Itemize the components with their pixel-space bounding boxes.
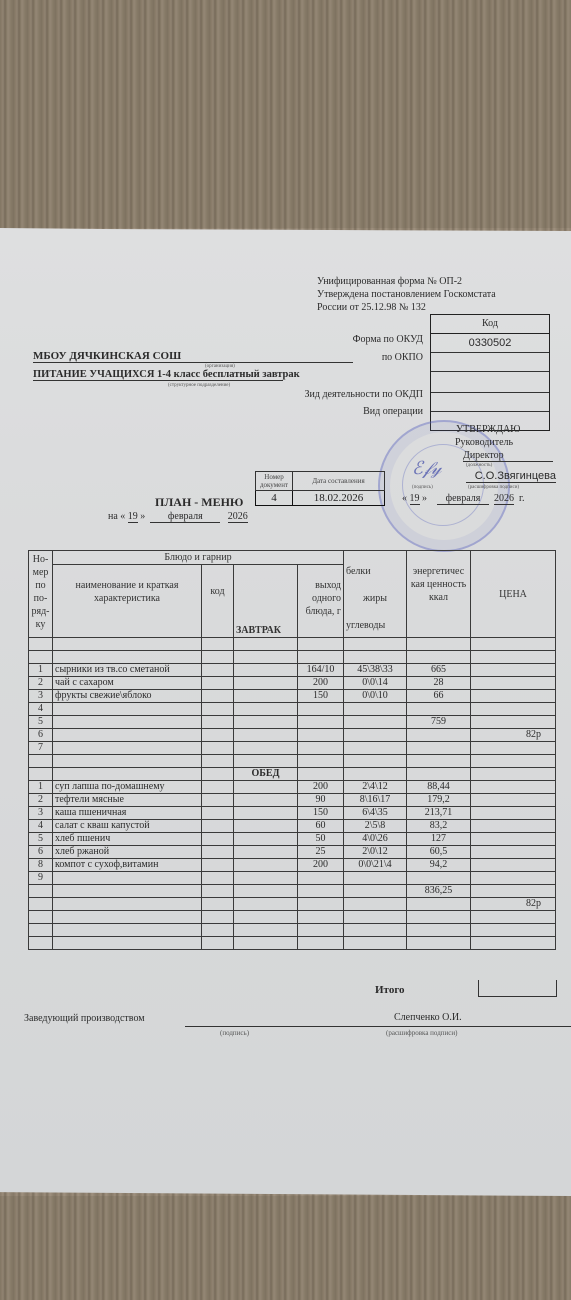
approve-year: 2026: [494, 493, 514, 505]
table-cell-empty: [53, 651, 202, 664]
header-pfc: белки жиры углеводы: [344, 551, 407, 638]
header-fat: жиры: [346, 592, 404, 605]
dish-pfc: [344, 924, 407, 937]
dish-price: [471, 859, 556, 872]
dish-pfc: 0\0\21\4: [344, 859, 407, 872]
table-cell-empty: [234, 651, 298, 664]
approve-position-caption: (должность): [466, 463, 492, 468]
table-cell-empty: [234, 755, 298, 768]
dish-name: каша пшеничная: [53, 807, 202, 820]
okud-value: 0330502: [431, 333, 549, 352]
dish-kcal: [407, 729, 471, 742]
dish-price: [471, 664, 556, 677]
dish-kcal: [407, 898, 471, 911]
table-cell-empty: [53, 768, 202, 781]
table-cell-empty: [407, 638, 471, 651]
dish-code: [202, 820, 234, 833]
dish-code: [202, 833, 234, 846]
dish-name: [53, 885, 202, 898]
table-row: 6хлеб ржаной252\0\1260,5: [29, 846, 556, 859]
dish-yield: 150: [298, 807, 344, 820]
dish-price: [471, 846, 556, 859]
table-cell-empty: [29, 638, 53, 651]
dish-name: [53, 898, 202, 911]
header-breakfast: ЗАВТРАК: [234, 565, 298, 638]
header-protein: белки: [346, 565, 404, 578]
dish-pfc: 6\4\35: [344, 807, 407, 820]
table-cell-empty: [202, 651, 234, 664]
dish-code: [202, 846, 234, 859]
menu-year: 2026: [228, 511, 248, 523]
dish-extra: [234, 807, 298, 820]
dish-name: [53, 729, 202, 742]
dish-code: [202, 872, 234, 885]
table-cell-empty: [53, 638, 202, 651]
approve-day: 19: [410, 493, 420, 505]
table-cell-empty: [298, 651, 344, 664]
dish-extra: [234, 937, 298, 950]
dish-kcal: 179,2: [407, 794, 471, 807]
row-number: 4: [29, 820, 53, 833]
dish-price: [471, 716, 556, 729]
header-price: ЦЕНА: [471, 551, 556, 638]
dish-pfc: 0\0\10: [344, 690, 407, 703]
dish-kcal: 213,71: [407, 807, 471, 820]
table-cell-empty: [234, 638, 298, 651]
approve-signature-caption: (подпись): [412, 485, 433, 490]
dish-price: [471, 677, 556, 690]
dish-price: [471, 807, 556, 820]
menu-table: Но-мер по по-ряд-ку Блюдо и гарнир белки…: [28, 550, 556, 950]
dish-yield: 200: [298, 859, 344, 872]
row-number: 6: [29, 729, 53, 742]
menu-month: февраля: [150, 511, 220, 523]
footer-role: Заведующий производством: [24, 1013, 145, 1024]
header-dish-group: Блюдо и гарнир: [53, 551, 344, 565]
menu-date: на « 19 » февраля 2026: [108, 511, 248, 523]
dish-name: [53, 716, 202, 729]
dish-extra: [234, 716, 298, 729]
dish-kcal: 127: [407, 833, 471, 846]
header-name: наименование и краткая характеристика: [53, 565, 202, 638]
table-row-empty: [29, 651, 556, 664]
dish-kcal: 94,2: [407, 859, 471, 872]
dish-extra: [234, 664, 298, 677]
table-cell-empty: [202, 638, 234, 651]
header-yield: выход одного блюда, г: [298, 565, 344, 638]
doc-date: 18.02.2026: [293, 491, 385, 506]
dish-price: [471, 833, 556, 846]
table-cell-empty: [344, 651, 407, 664]
dish-price: [471, 703, 556, 716]
dish-code: [202, 937, 234, 950]
form-line-3: России от 25.12.98 № 132: [317, 302, 426, 313]
dish-pfc: 45\38\33: [344, 664, 407, 677]
approve-role: Руководитель: [455, 437, 513, 448]
table-row: 1сырники из тв.со сметаной164/1045\38\33…: [29, 664, 556, 677]
doc-number: 4: [256, 491, 293, 506]
dish-pfc: [344, 703, 407, 716]
dish-kcal: [407, 911, 471, 924]
row-number: 7: [29, 742, 53, 755]
dish-yield: 150: [298, 690, 344, 703]
table-row: 3фрукты свежие\яблоко1500\0\1066: [29, 690, 556, 703]
dish-name: [53, 924, 202, 937]
table-cell-empty: [29, 651, 53, 664]
row-number: 9: [29, 872, 53, 885]
dish-extra: [234, 872, 298, 885]
dish-price: 82р: [471, 729, 556, 742]
row-number: [29, 911, 53, 924]
table-cell-empty: [344, 768, 407, 781]
dish-name: тефтели мясные: [53, 794, 202, 807]
table-row: 82р: [29, 898, 556, 911]
dish-code: [202, 859, 234, 872]
code-blank: [431, 371, 549, 392]
table-row: 682р: [29, 729, 556, 742]
dish-name: [53, 937, 202, 950]
dish-price: [471, 781, 556, 794]
dish-extra: [234, 833, 298, 846]
dish-extra: [234, 742, 298, 755]
approve-position: Директор: [463, 450, 553, 462]
lunch-section-row: ОБЕД: [29, 768, 556, 781]
table-row: [29, 937, 556, 950]
okpo-label: по ОКПО: [382, 352, 423, 363]
director-signature: ℰ𝒻𝓎: [412, 458, 441, 479]
row-number: 5: [29, 833, 53, 846]
operation-label: Вид операции: [363, 406, 423, 417]
dish-yield: [298, 911, 344, 924]
dish-extra: [234, 820, 298, 833]
table-row: 3каша пшеничная1506\4\35213,71: [29, 807, 556, 820]
dish-yield: 200: [298, 781, 344, 794]
table-row: 8 компот с сухоф,витамин2000\0\21\494,2: [29, 859, 556, 872]
table-cell-empty: [298, 638, 344, 651]
dish-name: хлеб ржаной: [53, 846, 202, 859]
table-cell-empty: [344, 755, 407, 768]
table-row: 2чай с сахаром2000\0\1428: [29, 677, 556, 690]
dish-kcal: [407, 924, 471, 937]
dish-pfc: [344, 937, 407, 950]
dish-pfc: 8\16\17: [344, 794, 407, 807]
dish-extra: [234, 911, 298, 924]
dish-price: [471, 820, 556, 833]
codes-title: Код: [431, 315, 549, 333]
dish-pfc: [344, 872, 407, 885]
row-number: 8: [29, 859, 53, 872]
dish-yield: [298, 937, 344, 950]
approve-name-caption: (расшифровка подписи): [468, 485, 519, 490]
dish-kcal: 836,25: [407, 885, 471, 898]
table-cell-empty: [202, 755, 234, 768]
dish-kcal: [407, 703, 471, 716]
dish-extra: [234, 846, 298, 859]
dish-kcal: 60,5: [407, 846, 471, 859]
table-cell-empty: [471, 755, 556, 768]
dish-pfc: [344, 898, 407, 911]
menu-date-prefix: на: [108, 511, 118, 522]
dish-extra: [234, 703, 298, 716]
dish-extra: [234, 729, 298, 742]
table-row: 1суп лапша по-домашнему2002\4\1288,44: [29, 781, 556, 794]
dish-name: [53, 872, 202, 885]
form-line-1: Унифицированная форма № ОП-2: [317, 276, 462, 287]
table-cell-empty: [407, 755, 471, 768]
table-cell-empty: [407, 651, 471, 664]
dish-price: [471, 742, 556, 755]
menu-day: 19: [128, 511, 138, 523]
dish-name: фрукты свежие\яблоко: [53, 690, 202, 703]
row-number: [29, 937, 53, 950]
dish-yield: 90: [298, 794, 344, 807]
dish-code: [202, 742, 234, 755]
section-lunch-label: ОБЕД: [234, 768, 298, 781]
division-name: ПИТАНИЕ УЧАЩИХСЯ 1-4 класс бесплатный за…: [33, 369, 283, 381]
dish-extra: [234, 781, 298, 794]
table-row: 9: [29, 872, 556, 885]
dish-extra: [234, 690, 298, 703]
table-row: [29, 924, 556, 937]
header-energy: энергетичес кая ценность ккал: [407, 551, 471, 638]
okdp-label: Зид деятельности по ОКДП: [305, 389, 423, 400]
wooden-surface-top: [0, 0, 571, 228]
dish-yield: [298, 885, 344, 898]
table-cell-empty: [53, 755, 202, 768]
dish-extra: [234, 898, 298, 911]
dish-pfc: [344, 911, 407, 924]
dish-code: [202, 703, 234, 716]
row-number: 6: [29, 846, 53, 859]
table-row: 4: [29, 703, 556, 716]
dish-yield: [298, 872, 344, 885]
dish-extra: [234, 677, 298, 690]
dish-name: суп лапша по-домашнему: [53, 781, 202, 794]
table-row: 4салат с кваш капустой602\5\883,2: [29, 820, 556, 833]
document-number-box: Номер документДата составления 418.02.20…: [255, 471, 385, 506]
organization-name: МБОУ ДЯЧКИНСКАЯ СОШ: [33, 350, 353, 363]
wooden-surface-bottom: [0, 1196, 571, 1300]
header-code: код: [202, 565, 234, 638]
dish-code: [202, 898, 234, 911]
approve-month: февраля: [437, 493, 489, 505]
dish-code: [202, 729, 234, 742]
dish-code: [202, 690, 234, 703]
dish-yield: 200: [298, 677, 344, 690]
total-label: Итого: [375, 984, 405, 996]
dish-pfc: 2\0\12: [344, 846, 407, 859]
footer-name-caption: (расшифровка подписи): [386, 1029, 457, 1037]
row-number: 3: [29, 807, 53, 820]
row-number: [29, 898, 53, 911]
dish-name: [53, 911, 202, 924]
dish-yield: [298, 924, 344, 937]
dish-price: [471, 924, 556, 937]
dish-code: [202, 716, 234, 729]
dish-price: [471, 885, 556, 898]
dish-name: [53, 742, 202, 755]
dish-kcal: 66: [407, 690, 471, 703]
table-cell-empty: [298, 755, 344, 768]
dish-pfc: 2\4\12: [344, 781, 407, 794]
dish-kcal: 665: [407, 664, 471, 677]
footer-signature-line: [185, 1013, 571, 1027]
dish-name: [53, 703, 202, 716]
header-num: Но-мер по по-ряд-ку: [29, 551, 53, 638]
dish-code: [202, 664, 234, 677]
dish-code: [202, 911, 234, 924]
table-cell-empty: [29, 755, 53, 768]
dish-kcal: [407, 742, 471, 755]
table-row: [29, 911, 556, 924]
header-carbs: углеводы: [346, 619, 404, 632]
codes-box: Код 0330502: [430, 314, 550, 431]
approve-year-suffix: г.: [519, 493, 524, 504]
form-line-2: Утверждена постановлением Госкомстата: [317, 289, 496, 300]
row-number: 2: [29, 794, 53, 807]
dish-yield: [298, 742, 344, 755]
doc-date-label: Дата составления: [293, 472, 385, 491]
dish-code: [202, 794, 234, 807]
dish-yield: 164/10: [298, 664, 344, 677]
table-cell-empty: [471, 638, 556, 651]
dish-yield: 25: [298, 846, 344, 859]
dish-yield: [298, 729, 344, 742]
dish-extra: [234, 794, 298, 807]
dish-kcal: 88,44: [407, 781, 471, 794]
approve-date: « 19 » февраля 2026 г.: [402, 493, 524, 505]
dish-yield: [298, 703, 344, 716]
dish-pfc: [344, 729, 407, 742]
okud-label: Форма по ОКУД: [353, 334, 423, 345]
dish-extra: [234, 924, 298, 937]
dish-extra: [234, 885, 298, 898]
table-row: 836,25: [29, 885, 556, 898]
dish-yield: 50: [298, 833, 344, 846]
dish-kcal: 83,2: [407, 820, 471, 833]
row-number: 1: [29, 664, 53, 677]
table-cell-empty: [344, 638, 407, 651]
table-row: 5хлеб пшенич504\0\26127: [29, 833, 556, 846]
dish-pfc: 4\0\26: [344, 833, 407, 846]
okdp-value: [431, 392, 549, 411]
dish-kcal: [407, 872, 471, 885]
dish-yield: [298, 716, 344, 729]
table-cell-empty: [407, 768, 471, 781]
dish-price: [471, 794, 556, 807]
table-cell-empty: [471, 651, 556, 664]
table-cell-empty: [202, 768, 234, 781]
dish-code: [202, 924, 234, 937]
dish-pfc: [344, 716, 407, 729]
dish-pfc: 0\0\14: [344, 677, 407, 690]
table-row: 5759: [29, 716, 556, 729]
dish-price: [471, 872, 556, 885]
dish-code: [202, 807, 234, 820]
row-number: [29, 924, 53, 937]
row-number: [29, 885, 53, 898]
row-number: 2: [29, 677, 53, 690]
dish-price: [471, 937, 556, 950]
table-cell-empty: [29, 768, 53, 781]
table-row: 7: [29, 742, 556, 755]
footer-signature-caption: (подпись): [220, 1029, 249, 1037]
dish-price: [471, 690, 556, 703]
dish-kcal: [407, 937, 471, 950]
dish-name: салат с кваш капустой: [53, 820, 202, 833]
dish-code: [202, 885, 234, 898]
dish-name: чай с сахаром: [53, 677, 202, 690]
approve-title: УТВЕРЖДАЮ: [456, 424, 520, 435]
dish-pfc: [344, 742, 407, 755]
total-value-box: [478, 980, 557, 997]
dish-kcal: 28: [407, 677, 471, 690]
dish-pfc: [344, 885, 407, 898]
table-cell-empty: [298, 768, 344, 781]
division-caption: (структурное подразделение): [168, 383, 230, 388]
dish-code: [202, 781, 234, 794]
row-number: 3: [29, 690, 53, 703]
dish-name: компот с сухоф,витамин: [53, 859, 202, 872]
dish-price: 82р: [471, 898, 556, 911]
table-row-empty: [29, 755, 556, 768]
dish-extra: [234, 859, 298, 872]
dish-pfc: 2\5\8: [344, 820, 407, 833]
table-row: 2тефтели мясные908\16\17179,2: [29, 794, 556, 807]
row-number: 1: [29, 781, 53, 794]
document-title: ПЛАН - МЕНЮ: [155, 495, 243, 510]
table-cell-empty: [471, 768, 556, 781]
row-number: 5: [29, 716, 53, 729]
okpo-value: [431, 352, 549, 371]
row-number: 4: [29, 703, 53, 716]
dish-code: [202, 677, 234, 690]
doc-number-label: Номер документ: [256, 472, 293, 491]
dish-name: хлеб пшенич: [53, 833, 202, 846]
dish-yield: [298, 898, 344, 911]
approve-name: С.О.Звягинцева: [466, 470, 556, 483]
dish-name: сырники из тв.со сметаной: [53, 664, 202, 677]
table-row-empty: [29, 638, 556, 651]
dish-yield: 60: [298, 820, 344, 833]
footer-name: Слепченко О.И.: [394, 1012, 462, 1023]
dish-kcal: 759: [407, 716, 471, 729]
dish-price: [471, 911, 556, 924]
